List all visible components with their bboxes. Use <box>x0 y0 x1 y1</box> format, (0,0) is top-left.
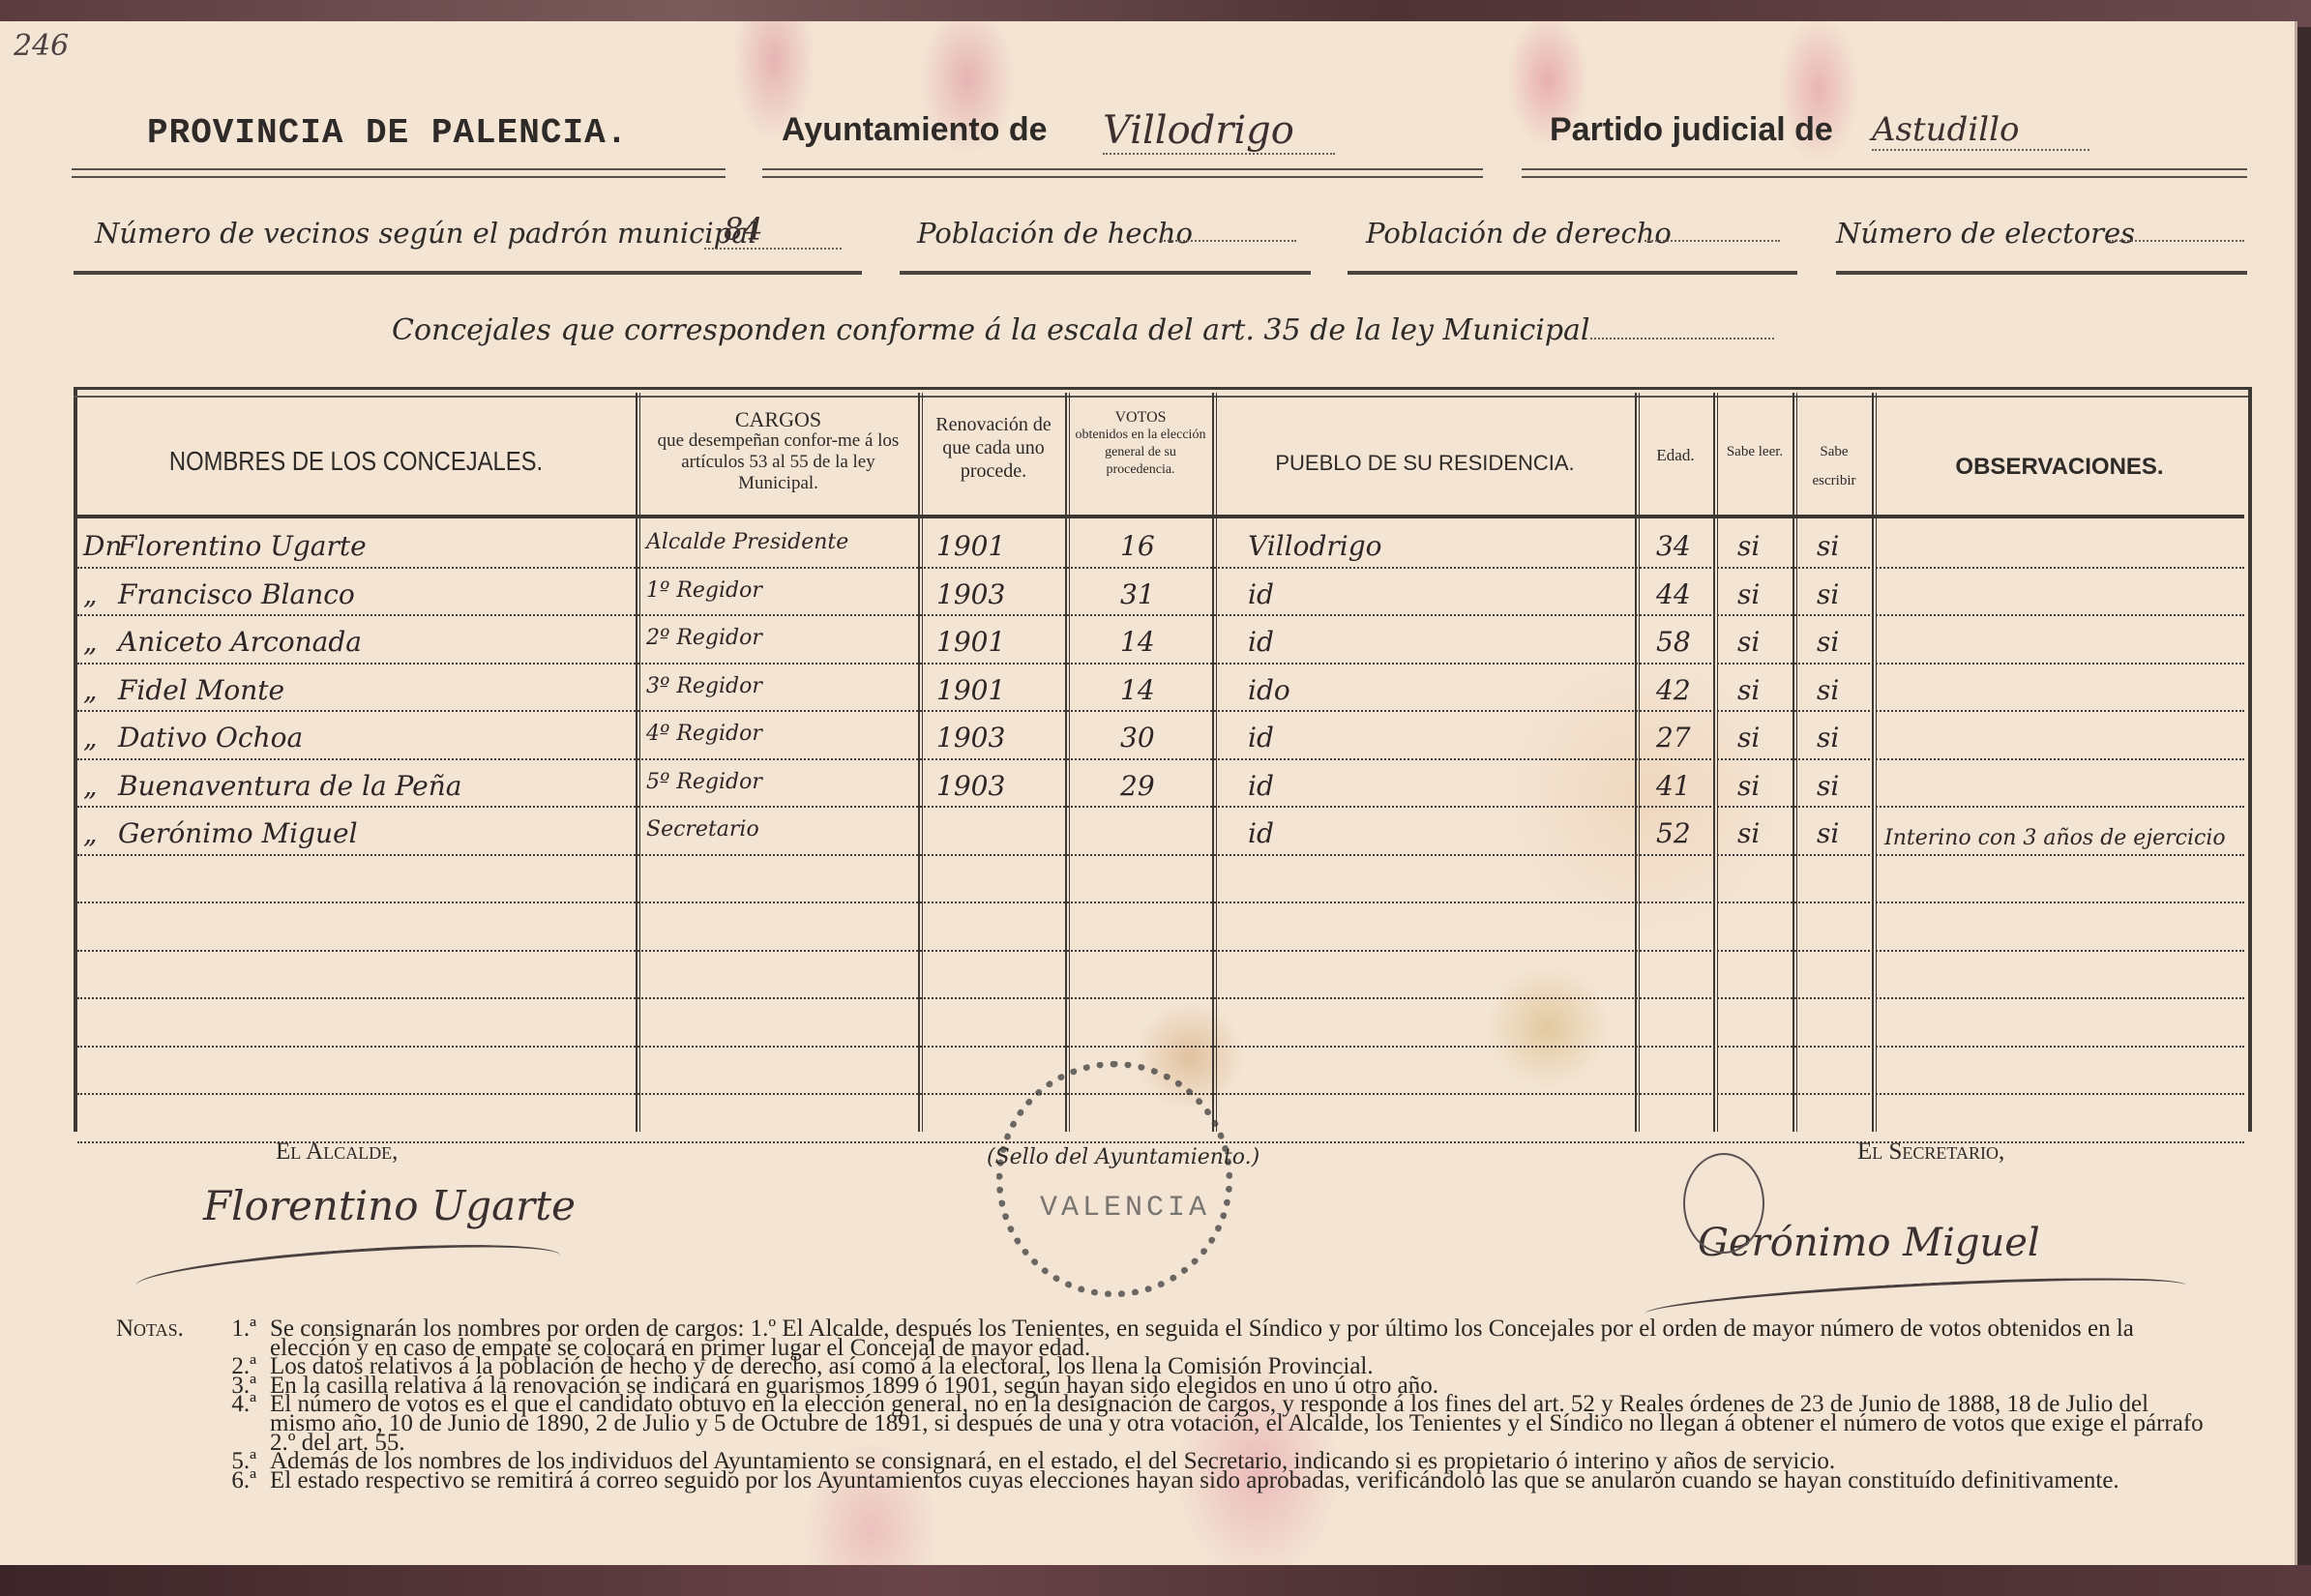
vecinos-label: Número de vecinos según el padrón munici… <box>95 217 757 250</box>
note-item: 6.ªEl estado respectivo se remitirá á co… <box>116 1471 2206 1491</box>
notes-label <box>116 1452 218 1471</box>
row-cargo: 4º Regidor <box>646 722 762 746</box>
row-renovacion: 1901 <box>936 674 1005 706</box>
header-edad: Edad. <box>1639 447 1712 464</box>
row-rule <box>77 758 2244 760</box>
row-rule <box>77 663 2244 665</box>
note-item: 4.ªEl número de votos es el que el candi… <box>116 1395 2206 1452</box>
row-pueblo: id <box>1248 770 1274 802</box>
notes-list: Notas.1.ªSe consignarán los nombres por … <box>116 1319 2206 1490</box>
row-prefix: „ <box>83 674 98 706</box>
poblacion-hecho-value <box>1161 240 1296 242</box>
row-edad: 52 <box>1656 817 1691 849</box>
row-observaciones: Interino con 3 años de ejercicio <box>1884 817 2233 860</box>
alcalde-signature: Florentino Ugarte <box>203 1182 576 1229</box>
row-votos: 30 <box>1120 722 1155 754</box>
row-sabe-leer: si <box>1737 578 1760 610</box>
notes-label <box>116 1357 218 1376</box>
row-votos: 14 <box>1120 674 1155 706</box>
header-rule-3 <box>1522 168 2247 178</box>
header-sabe-escribir: Sabe escribir <box>1797 437 1871 495</box>
row-pueblo: Villodrigo <box>1248 530 1382 562</box>
notes-label <box>116 1395 218 1452</box>
col-divider <box>1713 393 1718 1132</box>
secretario-flourish-loop <box>1683 1153 1764 1254</box>
row-sabe-leer: si <box>1737 770 1760 802</box>
row-pueblo: id <box>1248 817 1274 849</box>
row-prefix: „ <box>83 626 98 658</box>
note-number: 4.ª <box>218 1395 270 1452</box>
province-title: PROVINCIA DE PALENCIA. <box>147 113 628 153</box>
stamp-text: VALENCIA <box>1040 1192 1210 1225</box>
row-rule <box>77 567 2244 569</box>
note-item: Notas.1.ªSe consignarán los nombres por … <box>116 1319 2206 1357</box>
row-rule <box>77 1046 2244 1048</box>
book-cover-bottom-edge <box>0 1565 2311 1596</box>
stats-rule-4 <box>1836 271 2247 275</box>
row-nombre: Florentino Ugarte <box>118 530 367 562</box>
note-text: El estado respectivo se remitirá á corre… <box>270 1471 2206 1491</box>
ayuntamiento-label: Ayuntamiento de <box>782 111 1048 149</box>
alcalde-label: El Alcalde, <box>276 1138 398 1166</box>
row-renovacion: 1903 <box>936 578 1005 610</box>
notes-label: Notas. <box>116 1319 218 1357</box>
col-divider <box>1635 393 1640 1132</box>
row-pueblo: id <box>1248 578 1274 610</box>
row-edad: 44 <box>1656 578 1691 610</box>
row-renovacion: 1903 <box>936 770 1005 802</box>
ayuntamiento-value: Villodrigo <box>1103 108 1335 155</box>
table-top-rule <box>74 387 2248 398</box>
stats-rule-1 <box>74 271 862 275</box>
page-number: 246 <box>14 29 69 63</box>
row-cargo: 5º Regidor <box>646 770 762 794</box>
row-pueblo: id <box>1248 626 1274 658</box>
stats-rule-3 <box>1348 271 1797 275</box>
row-sabe-escribir: si <box>1817 530 1839 562</box>
row-edad: 58 <box>1656 626 1691 658</box>
stats-rule-2 <box>900 271 1311 275</box>
row-prefix: „ <box>83 578 98 610</box>
col-divider <box>1793 393 1797 1132</box>
electores-label: Número de electores <box>1836 217 2135 250</box>
row-nombre: Aniceto Arconada <box>118 626 362 658</box>
header-renovacion: Renovación de que cada uno procede. <box>923 413 1064 483</box>
alcalde-flourish <box>134 1235 562 1307</box>
concejales-caption-text: Concejales que corresponden conforme á l… <box>392 313 1590 347</box>
notes-section: Notas.1.ªSe consignarán los nombres por … <box>116 1319 2206 1490</box>
vecinos-value: 84 <box>704 211 842 250</box>
notes-label <box>116 1376 218 1396</box>
partido-judicial-value: Astudillo <box>1872 110 2089 151</box>
note-text: Se consignarán los nombres por orden de … <box>270 1319 2206 1357</box>
row-renovacion: 1901 <box>936 530 1005 562</box>
col-divider <box>636 393 640 1132</box>
col-divider <box>1065 393 1070 1132</box>
header-cargos: CARGOS que desempeñan confor-me á los ar… <box>640 408 916 494</box>
header-votos: VOTOS obtenidos en la elección general d… <box>1070 410 1211 479</box>
row-cargo: 2º Regidor <box>646 626 762 650</box>
row-sabe-escribir: si <box>1817 722 1839 754</box>
col-divider <box>1212 393 1217 1132</box>
row-prefix: Dn <box>83 530 122 562</box>
row-sabe-leer: si <box>1737 817 1760 849</box>
header-rule-2 <box>762 168 1483 178</box>
row-rule <box>77 901 2244 903</box>
row-sabe-escribir: si <box>1817 626 1839 658</box>
row-cargo: Alcalde Presidente <box>646 530 848 554</box>
row-sabe-leer: si <box>1737 674 1760 706</box>
row-votos: 29 <box>1120 770 1155 802</box>
col-divider <box>918 393 923 1132</box>
row-prefix: „ <box>83 817 98 849</box>
row-sabe-leer: si <box>1737 722 1760 754</box>
header-cargos-title: CARGOS <box>640 408 916 430</box>
row-nombre: Fidel Monte <box>118 674 284 706</box>
poblacion-derecho-label: Población de derecho <box>1366 217 1672 250</box>
row-prefix: „ <box>83 770 98 802</box>
document-page: 246 PROVINCIA DE PALENCIA. Ayuntamiento … <box>0 21 2297 1569</box>
note-number: 1.ª <box>218 1319 270 1357</box>
row-sabe-escribir: si <box>1817 674 1839 706</box>
row-nombre: Dativo Ochoa <box>118 722 303 754</box>
note-number: 6.ª <box>218 1471 270 1491</box>
row-edad: 42 <box>1656 674 1691 706</box>
header-observaciones: OBSERVACIONES. <box>1877 455 2242 479</box>
row-votos: 16 <box>1120 530 1155 562</box>
row-rule <box>77 710 2244 712</box>
header-sabe-leer: Sabe leer. <box>1718 437 1792 466</box>
poblacion-hecho-label: Población de hecho <box>917 217 1193 250</box>
poblacion-derecho-value <box>1644 240 1780 242</box>
concejales-dotted-fill <box>1590 316 1774 340</box>
electores-value <box>2109 240 2244 242</box>
table-header-separator <box>77 515 2244 518</box>
col-divider <box>1872 393 1877 1132</box>
row-sabe-escribir: si <box>1817 770 1839 802</box>
row-cargo: Secretario <box>646 817 759 842</box>
row-pueblo: id <box>1248 722 1274 754</box>
row-rule <box>77 806 2244 808</box>
sello-label: (Sello del Ayuntamiento.) <box>987 1145 1259 1169</box>
header-votos-title: VOTOS <box>1070 410 1211 427</box>
row-cargo: 3º Regidor <box>646 674 762 698</box>
header-pueblo: PUEBLO DE SU RESIDENCIA. <box>1217 452 1633 474</box>
header-nombres: NOMBRES DE LOS CONCEJALES. <box>121 447 591 475</box>
header-rule-1 <box>72 168 726 178</box>
row-renovacion: 1903 <box>936 722 1005 754</box>
row-edad: 34 <box>1656 530 1691 562</box>
row-edad: 41 <box>1656 770 1691 802</box>
row-rule <box>77 614 2244 616</box>
concejales-caption: Concejales que corresponden conforme á l… <box>392 313 1774 347</box>
row-edad: 27 <box>1656 722 1691 754</box>
row-sabe-leer: si <box>1737 626 1760 658</box>
row-nombre: Gerónimo Miguel <box>118 817 358 849</box>
row-rule <box>77 950 2244 952</box>
row-pueblo: ido <box>1248 674 1290 706</box>
header-votos-sub: obtenidos en la elección general de su p… <box>1070 427 1211 479</box>
ayuntamiento-stamp <box>996 1061 1232 1297</box>
row-cargo: 1º Regidor <box>646 578 762 603</box>
row-votos: 14 <box>1120 626 1155 658</box>
secretario-label: El Secretario, <box>1857 1138 2004 1166</box>
row-renovacion: 1901 <box>936 626 1005 658</box>
row-sabe-escribir: si <box>1817 578 1839 610</box>
row-nombre: Francisco Blanco <box>118 578 355 610</box>
row-sabe-leer: si <box>1737 530 1760 562</box>
row-sabe-escribir: si <box>1817 817 1839 849</box>
row-nombre: Buenaventura de la Peña <box>118 770 461 802</box>
header-cargos-sub: que desempeñan confor-me á los artículos… <box>640 430 916 494</box>
partido-judicial-label: Partido judicial de <box>1550 111 1833 149</box>
row-votos: 31 <box>1120 578 1155 610</box>
note-text: El número de votos es el que el candidat… <box>270 1395 2206 1452</box>
row-prefix: „ <box>83 722 98 754</box>
row-rule <box>77 997 2244 999</box>
notes-label <box>116 1471 218 1491</box>
